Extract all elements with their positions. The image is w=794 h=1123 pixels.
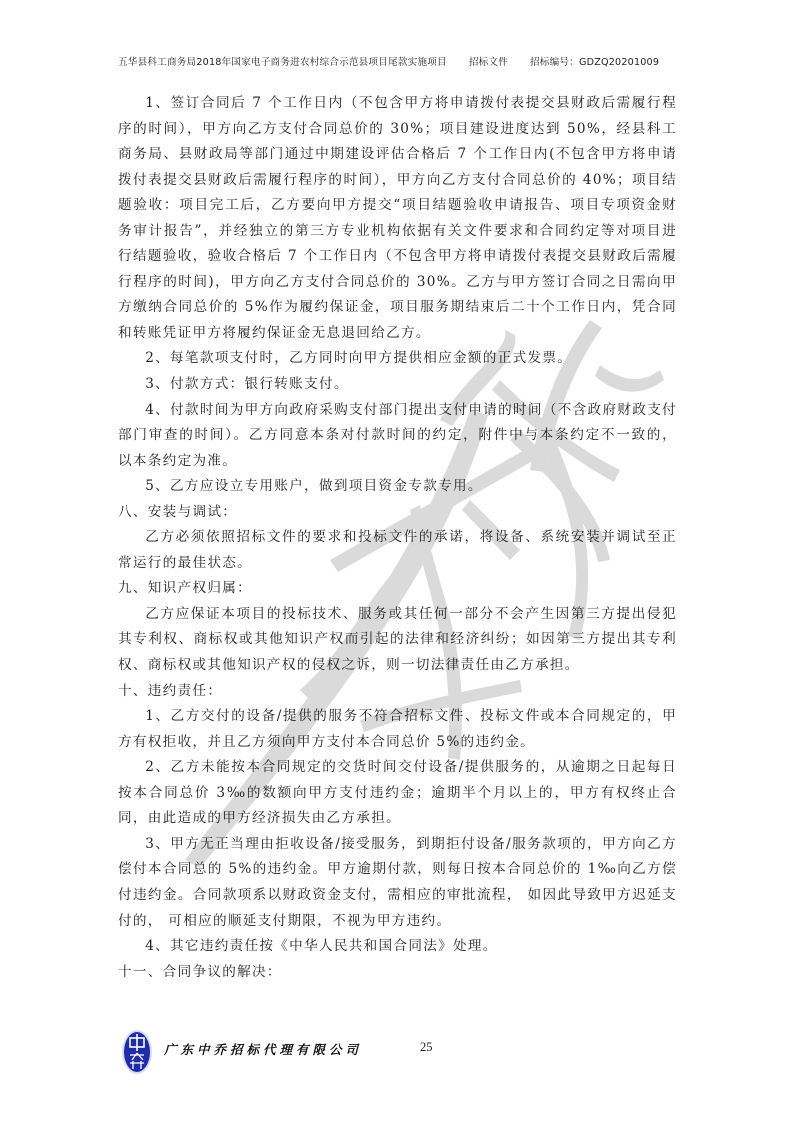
section-heading-dispute: 十一、合同争议的解决： — [118, 960, 677, 986]
paragraph-liability-4: 4、其它违约责任按《中华人民共和国合同法》处理。 — [118, 934, 677, 960]
company-logo-icon — [122, 1030, 152, 1074]
paragraph-liability-1: 1、乙方交付的设备/提供的服务不符合招标文件、投标文件或本合同规定的，甲方有权拒… — [118, 704, 677, 755]
header-doc-type: 招标文件 — [469, 57, 508, 68]
paragraph-ip: 乙方应保证本项目的投标技术、服务或其任何一部分不会产生因第三方提出侵犯其专利权、… — [118, 602, 677, 679]
paragraph-dedicated-account: 5、乙方应设立专用账户，做到项目资金专款专用。 — [118, 474, 677, 500]
paragraph-payment-time: 4、付款时间为甲方向政府采购支付部门提出支付申请的时间（不含政府财政支付部门审查… — [118, 398, 677, 475]
section-heading-installation: 八、安装与调试： — [118, 500, 677, 526]
paragraph-liability-2: 2、乙方未能按本合同规定的交货时间交付设备/提供服务的，从逾期之日起每日按本合同… — [118, 755, 677, 832]
paragraph-invoice: 2、每笔款项支付时，乙方同时向甲方提供相应金额的正式发票。 — [118, 346, 677, 372]
paragraph-payment-method: 3、付款方式：银行转账支付。 — [118, 372, 677, 398]
header-project-title: 五华县科工商务局2018年国家电子商务进农村综合示范县项目尾款实施项目 — [118, 57, 447, 68]
section-heading-liability: 十、违约责任： — [118, 679, 677, 705]
paragraph-payment-schedule: 1、签订合同后 7 个工作日内（不包含甲方将申请拨付表提交县财政后需履行程序的时… — [118, 91, 677, 346]
running-header: 五华县科工商务局2018年国家电子商务进农村综合示范县项目尾款实施项目招标文件招… — [118, 54, 678, 68]
page-number: 25 — [420, 1040, 433, 1055]
paragraph-liability-3: 3、甲方无正当理由拒收设备/接受服务，到期拒付设备/服务款项的，甲方向乙方偿付本… — [118, 832, 677, 934]
section-heading-ip: 九、知识产权归属： — [118, 576, 677, 602]
page-footer: 广东中乔招标代理有限公司 25 — [122, 1030, 682, 1080]
document-body: 1、签订合同后 7 个工作日内（不包含甲方将申请拨付表提交县财政后需履行程序的时… — [118, 91, 677, 985]
header-bid-number: GDZQ20201009 — [579, 57, 659, 68]
paragraph-installation: 乙方必须依照招标文件的要求和投标文件的承诺，将设备、系统安装并调试至正常运行的最… — [118, 525, 677, 576]
header-bid-number-label: 招标编号： — [530, 57, 579, 68]
company-name: 广东中乔招标代理有限公司 — [164, 1040, 362, 1058]
